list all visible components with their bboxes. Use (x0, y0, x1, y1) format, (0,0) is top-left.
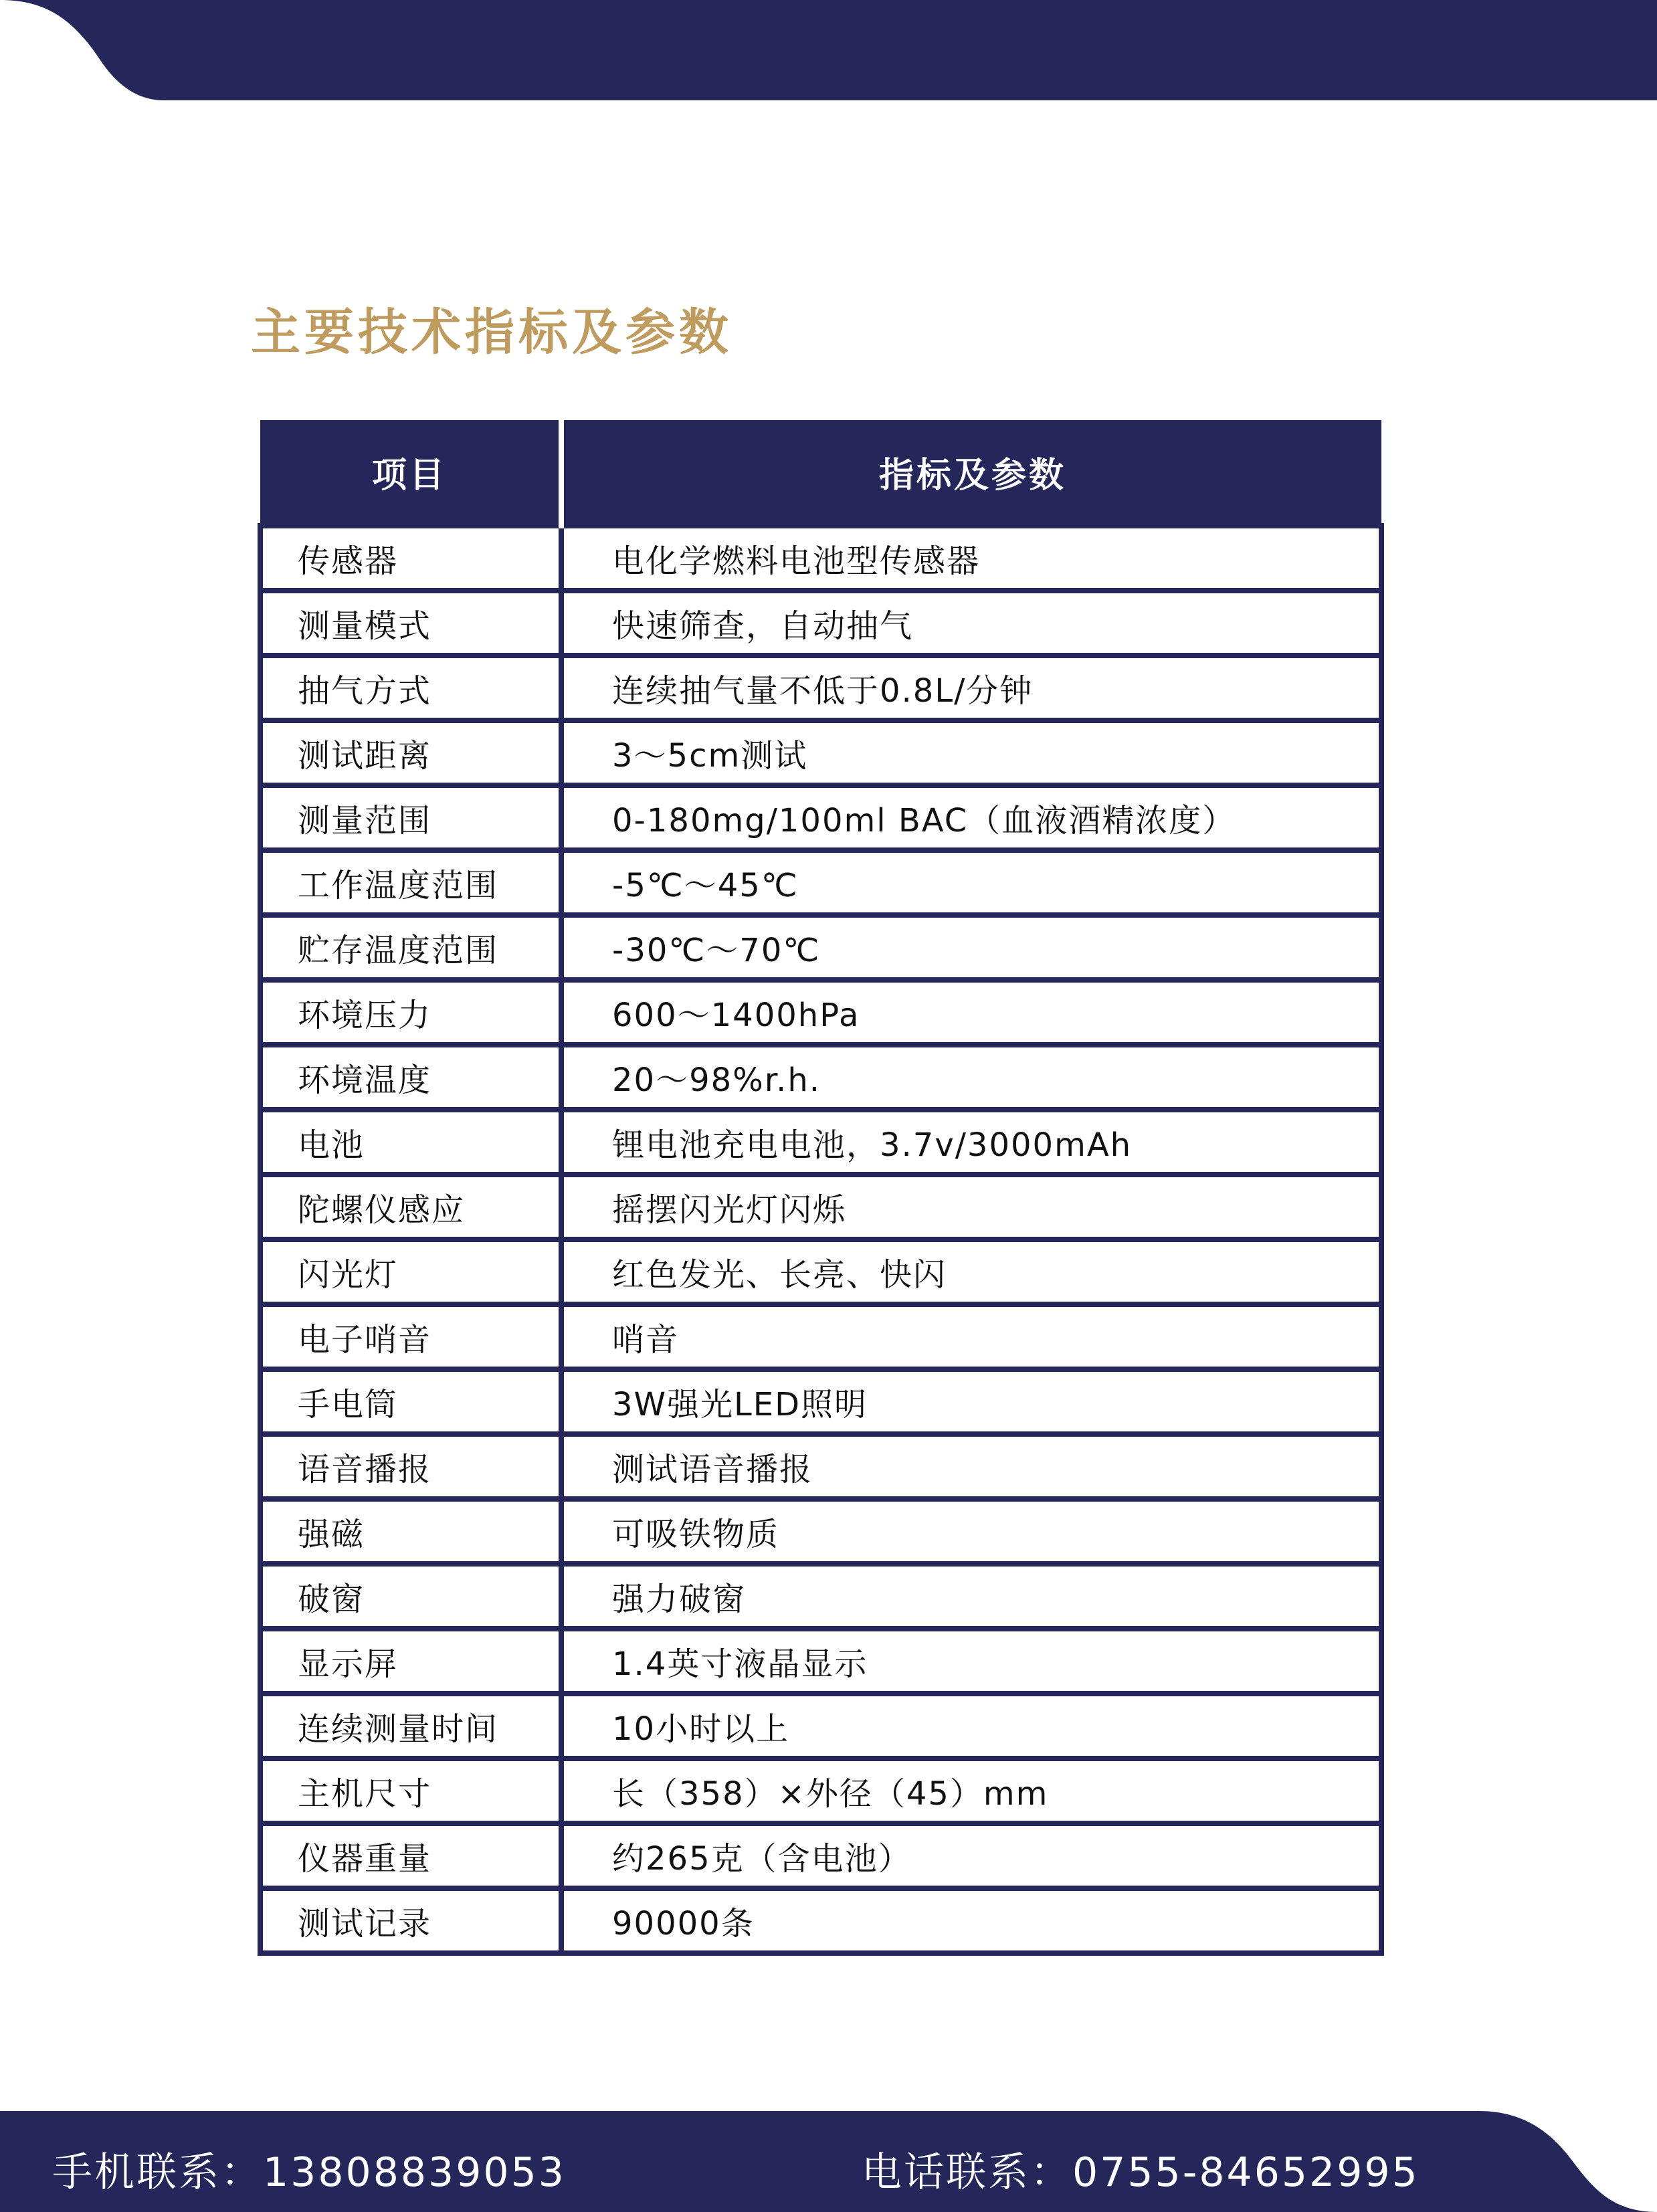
table-row: 测试距离3～5cm测试 (260, 720, 1381, 785)
table-row: 语音播报测试语音播报 (260, 1434, 1381, 1499)
row-item: 连续测量时间 (260, 1694, 561, 1758)
row-value: 600～1400hPa (561, 980, 1381, 1045)
row-item: 破窗 (260, 1564, 561, 1629)
row-value: 连续抽气量不低于0.8L/分钟 (561, 656, 1381, 720)
row-item: 工作温度范围 (260, 850, 561, 915)
row-value: 锂电池充电电池，3.7v/3000mAh (561, 1110, 1381, 1175)
table-row: 手电筒3W强光LED照明 (260, 1369, 1381, 1434)
row-value: 电化学燃料电池型传感器 (561, 526, 1381, 591)
row-item: 闪光灯 (260, 1239, 561, 1304)
table-row: 连续测量时间10小时以上 (260, 1694, 1381, 1758)
row-item: 贮存温度范围 (260, 915, 561, 980)
row-value: 20～98%r.h. (561, 1045, 1381, 1110)
mobile-contact: 手机联系：13808839053 (52, 2140, 566, 2198)
row-item: 测量范围 (260, 785, 561, 850)
table-row: 显示屏1.4英寸液晶显示 (260, 1629, 1381, 1694)
row-value: 红色发光、长亮、快闪 (561, 1239, 1381, 1304)
row-item: 电池 (260, 1110, 561, 1175)
row-value: 约265克（含电池） (561, 1823, 1381, 1888)
row-item: 环境压力 (260, 980, 561, 1045)
row-value: -5℃～45℃ (561, 850, 1381, 915)
table-row: 破窗强力破窗 (260, 1564, 1381, 1629)
row-value: 长（358）×外径（45）mm (561, 1758, 1381, 1823)
row-value: 1.4英寸液晶显示 (561, 1629, 1381, 1694)
row-value: 可吸铁物质 (561, 1499, 1381, 1564)
table-row: 测量范围0-180mg/100ml BAC（血液酒精浓度） (260, 785, 1381, 850)
top-banner (0, 0, 1657, 102)
row-item: 电子哨音 (260, 1304, 561, 1369)
row-item: 测试记录 (260, 1888, 561, 1953)
row-value: 10小时以上 (561, 1694, 1381, 1758)
row-value: 测试语音播报 (561, 1434, 1381, 1499)
row-item: 语音播报 (260, 1434, 561, 1499)
table-row: 贮存温度范围-30℃～70℃ (260, 915, 1381, 980)
table-row: 测量模式快速筛查，自动抽气 (260, 591, 1381, 656)
row-item: 主机尺寸 (260, 1758, 561, 1823)
table-row: 工作温度范围-5℃～45℃ (260, 850, 1381, 915)
table-row: 仪器重量约265克（含电池） (260, 1823, 1381, 1888)
table-row: 陀螺仪感应摇摆闪光灯闪烁 (260, 1175, 1381, 1239)
row-item: 抽气方式 (260, 656, 561, 720)
row-value: 3W强光LED照明 (561, 1369, 1381, 1434)
row-item: 仪器重量 (260, 1823, 561, 1888)
row-item: 传感器 (260, 526, 561, 591)
table-row: 强磁可吸铁物质 (260, 1499, 1381, 1564)
row-item: 测试距离 (260, 720, 561, 785)
header-value: 指标及参数 (561, 420, 1381, 526)
row-item: 强磁 (260, 1499, 561, 1564)
table-row: 电池锂电池充电电池，3.7v/3000mAh (260, 1110, 1381, 1175)
row-item: 陀螺仪感应 (260, 1175, 561, 1239)
row-item: 测量模式 (260, 591, 561, 656)
table-row: 环境压力600～1400hPa (260, 980, 1381, 1045)
row-value: 哨音 (561, 1304, 1381, 1369)
row-item: 显示屏 (260, 1629, 561, 1694)
table-row: 电子哨音哨音 (260, 1304, 1381, 1369)
table-header-row: 项目 指标及参数 (260, 420, 1381, 526)
row-value: 3～5cm测试 (561, 720, 1381, 785)
table-row: 环境温度20～98%r.h. (260, 1045, 1381, 1110)
table-row: 测试记录90000条 (260, 1888, 1381, 1953)
page-title: 主要技术指标及参数 (251, 293, 733, 364)
header-item: 项目 (260, 420, 561, 526)
phone-contact: 电话联系：0755-84652995 (862, 2140, 1420, 2198)
row-value: -30℃～70℃ (561, 915, 1381, 980)
row-value: 摇摆闪光灯闪烁 (561, 1175, 1381, 1239)
table-row: 传感器电化学燃料电池型传感器 (260, 526, 1381, 591)
table-row: 抽气方式连续抽气量不低于0.8L/分钟 (260, 656, 1381, 720)
table-row: 主机尺寸长（358）×外径（45）mm (260, 1758, 1381, 1823)
row-value: 强力破窗 (561, 1564, 1381, 1629)
row-item: 环境温度 (260, 1045, 561, 1110)
table-row: 闪光灯红色发光、长亮、快闪 (260, 1239, 1381, 1304)
row-value: 90000条 (561, 1888, 1381, 1953)
row-value: 快速筛查，自动抽气 (561, 591, 1381, 656)
row-item: 手电筒 (260, 1369, 561, 1434)
spec-table: 项目 指标及参数 传感器电化学燃料电池型传感器测量模式快速筛查，自动抽气抽气方式… (258, 420, 1384, 1956)
row-value: 0-180mg/100ml BAC（血液酒精浓度） (561, 785, 1381, 850)
